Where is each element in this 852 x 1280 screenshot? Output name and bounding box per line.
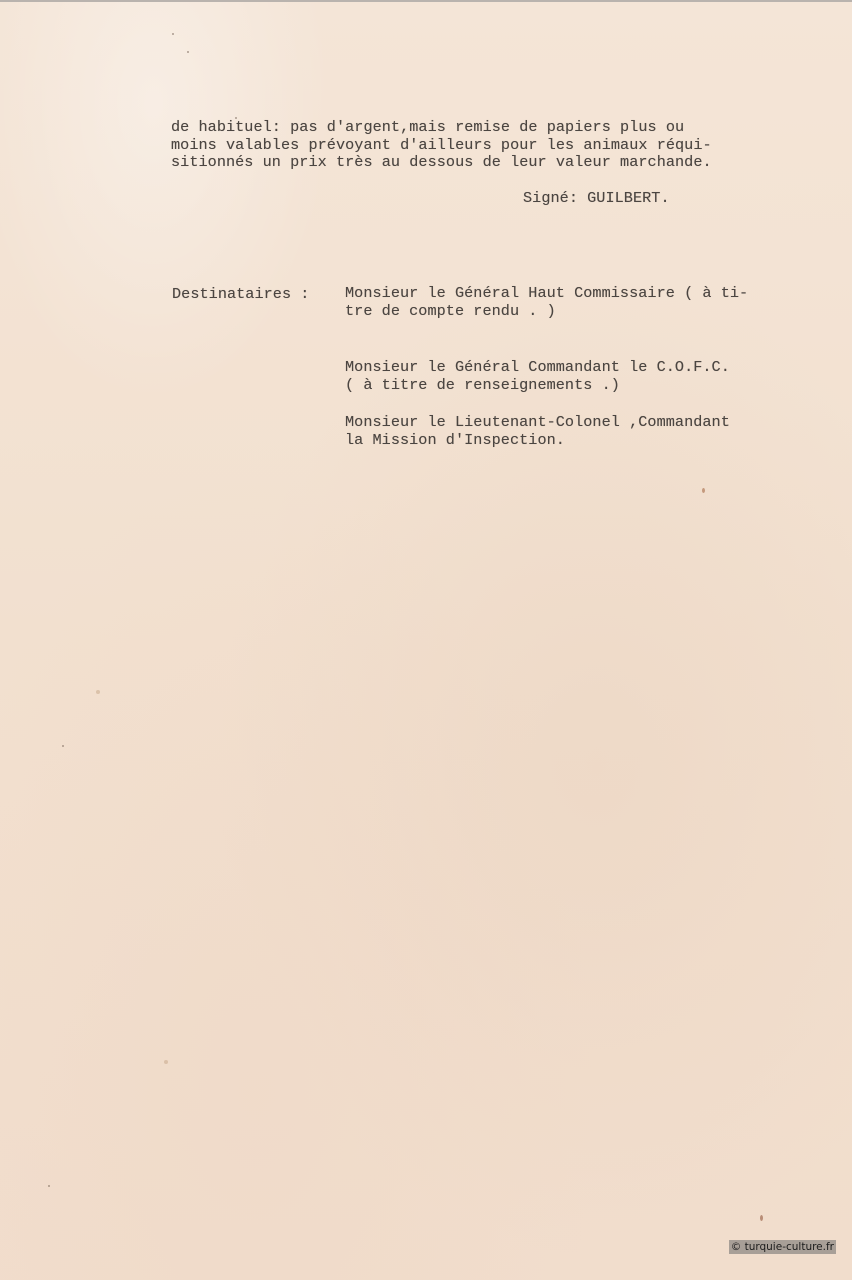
recipients-label: Destinataires : [172,286,309,304]
recipient-1-line-1: Monsieur le Général Haut Commissaire ( à… [345,285,748,303]
body-text-line-3: sitionnés un prix très au dessous de leu… [171,154,712,172]
recipient-3-line-2: la Mission d'Inspection. [345,432,565,450]
body-text-line-1: de habituel: pas d'argent,mais remise de… [171,119,684,137]
paper-speck [164,1060,168,1064]
signature: Signé: GUILBERT. [523,190,670,208]
paper-speck [172,33,174,35]
page-top-edge [0,0,852,2]
paper-speck [62,745,64,747]
recipient-2-line-2: ( à titre de renseignements .) [345,377,620,395]
copyright-watermark: © turquie-culture.fr [729,1240,836,1254]
paper-speck [187,51,189,53]
recipient-1-line-2: tre de compte rendu . ) [345,303,556,321]
paper-speck [760,1215,763,1221]
recipient-3-line-1: Monsieur le Lieutenant-Colonel ,Commanda… [345,414,730,432]
recipient-2-line-1: Monsieur le Général Commandant le C.O.F.… [345,359,730,377]
body-text-line-2: moins valables prévoyant d'ailleurs pour… [171,137,712,155]
paper-speck [235,117,237,119]
paper-speck [702,488,705,493]
paper-speck [96,690,100,694]
paper-speck [48,1185,50,1187]
